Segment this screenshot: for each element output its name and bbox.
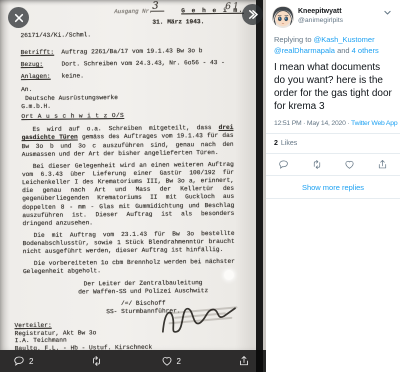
mention-link[interactable]: @Kash_Kustomer	[314, 35, 375, 44]
letter-paragraph: Bei dieser Gelegenheit wird an einen wei…	[22, 160, 235, 228]
media-reply-button[interactable]: 2	[13, 355, 33, 367]
folio-number: 61	[225, 3, 241, 11]
scan-black-edge	[256, 0, 263, 372]
letter-field-value: Dort. Schreiben vom 24.3.43, Nr. 6o56 - …	[61, 59, 224, 68]
replying-to: Replying to @Kash_Kustomer @realDharmapa…	[266, 35, 400, 56]
letter-field-label: Bezug:	[21, 61, 58, 70]
letter-paragraph: Es wird auf o.a. Schreiben mitgeteilt, d…	[21, 124, 233, 159]
author-name[interactable]: Kneepitwyatt	[298, 7, 383, 16]
timestamp-text: 12:51 PM · May 14, 2020 ·	[274, 120, 351, 127]
paragraph-text: Die vorbereiteten 1o cbm Brennholz werde…	[23, 258, 235, 275]
paragraph-text: Bei dieser Gelegenheit wird an einen wei…	[22, 160, 234, 227]
share-icon	[377, 159, 388, 170]
chevron-right-icon	[247, 9, 258, 20]
close-button[interactable]	[8, 7, 29, 28]
tweet-detail-view: Ausgang Nr. 3 G e h e i m. 61 31. März 1…	[0, 0, 400, 372]
paragraph-text: Die mit Auftrag vom 23.1.43 für Bw 3o be…	[23, 230, 235, 256]
like-button[interactable]	[344, 159, 355, 170]
retweet-icon	[90, 355, 103, 367]
author-identity: Kneepitwyatt @animegirlpits	[298, 6, 383, 25]
chevron-down-icon	[383, 8, 392, 17]
like-count: 2	[274, 140, 278, 147]
letter-field-row: Bezug: Dort. Schreiben vom 24.3.43, Nr. …	[21, 59, 233, 69]
letter-field-row: Betrifft: Auftrag 2261/Ba/17 vom 19.1.43…	[21, 47, 233, 57]
letter-paragraphs: Es wird auf o.a. Schreiben mitgeteilt, d…	[21, 124, 235, 276]
show-more-replies-link[interactable]: Show more replies	[266, 176, 400, 198]
close-icon	[14, 13, 24, 23]
letter-reference: 26171/43/Ki./Schml.	[20, 30, 232, 40]
likes-label: Likes	[281, 140, 297, 147]
letter-header: Ausgang Nr. 3 G e h e i m. 61 31. März 1…	[0, 0, 248, 29]
share-button[interactable]	[377, 159, 388, 170]
letter-field-label: Anlagen:	[21, 73, 58, 82]
heart-icon	[344, 159, 355, 170]
media-like-button[interactable]: 2	[161, 355, 181, 367]
letter-paragraph: Die vorbereiteten 1o cbm Brennholz werde…	[23, 258, 235, 277]
source-link[interactable]: Twitter Web App	[351, 120, 397, 127]
letter-field-label: Betrifft:	[21, 49, 58, 58]
media-retweet-button[interactable]	[90, 355, 103, 367]
letter-field-value: keine.	[62, 73, 84, 80]
others-link[interactable]: 4 others	[352, 46, 379, 55]
likes-row[interactable]: 2Likes	[266, 134, 400, 153]
media-like-count: 2	[177, 357, 181, 366]
letter-field-row: Anlagen: keine.	[21, 71, 233, 81]
letter-paragraph: Die mit Auftrag vom 23.1.43 für Bw 3o be…	[23, 230, 235, 257]
media-viewer: Ausgang Nr. 3 G e h e i m. 61 31. März 1…	[0, 0, 266, 372]
letter-date: 31. März 1943.	[152, 18, 204, 27]
mention-link[interactable]: @realDharmapala	[274, 46, 335, 55]
avatar[interactable]	[272, 6, 294, 28]
hole-punch-spot	[224, 270, 234, 280]
retweet-button[interactable]	[311, 159, 323, 170]
tweet-menu-button[interactable]	[383, 8, 392, 17]
next-media-button[interactable]	[242, 4, 263, 25]
tweet-pane: Kneepitwyatt @animegirlpits Replying to …	[266, 0, 400, 372]
divider	[266, 198, 400, 199]
tweet-text: I mean what documents do you want? here …	[266, 61, 400, 113]
letter-recipient-line: Ort A u s c h w i t z O/S	[21, 111, 233, 121]
signature-line: der Waffen-SS und Polizei Auschwitz	[59, 287, 227, 297]
replying-to-prefix: Replying to	[274, 35, 314, 44]
ausgang-label: Ausgang Nr.	[114, 8, 152, 17]
retweet-icon	[311, 159, 323, 170]
tweet-header: Kneepitwyatt @animegirlpits	[266, 0, 400, 28]
author-handle[interactable]: @animegirlpits	[298, 16, 383, 25]
timestamp: 12:51 PM · May 14, 2020 · Twitter Web Ap…	[266, 120, 400, 127]
share-icon	[238, 355, 250, 367]
avatar-image	[272, 6, 294, 28]
document-scan-image[interactable]: Ausgang Nr. 3 G e h e i m. 61 31. März 1…	[0, 0, 266, 350]
replying-to-connector: and	[335, 46, 352, 55]
media-reply-count: 2	[29, 357, 33, 366]
media-actions-bar: 2 2	[0, 350, 266, 372]
ausgang-number: 3	[150, 3, 164, 12]
tweet-action-bar	[266, 154, 400, 175]
reply-button[interactable]	[278, 159, 289, 170]
letter-recipient: An. Deutsche Ausrüstungswerke G.m.b.H. O…	[21, 84, 233, 121]
media-share-button[interactable]	[238, 355, 250, 367]
distribution-line: Baultg. F.L. - Hb - Ustuf. Kirschneck	[15, 343, 236, 350]
heart-icon	[161, 355, 173, 367]
reply-icon	[13, 355, 25, 367]
reply-icon	[278, 159, 289, 170]
letter-fields: Betrifft: Auftrag 2261/Ba/17 vom 19.1.43…	[21, 47, 233, 81]
letter-field-value: Auftrag 2261/Ba/17 vom 19.1.43 Bw 3o b	[61, 47, 202, 55]
